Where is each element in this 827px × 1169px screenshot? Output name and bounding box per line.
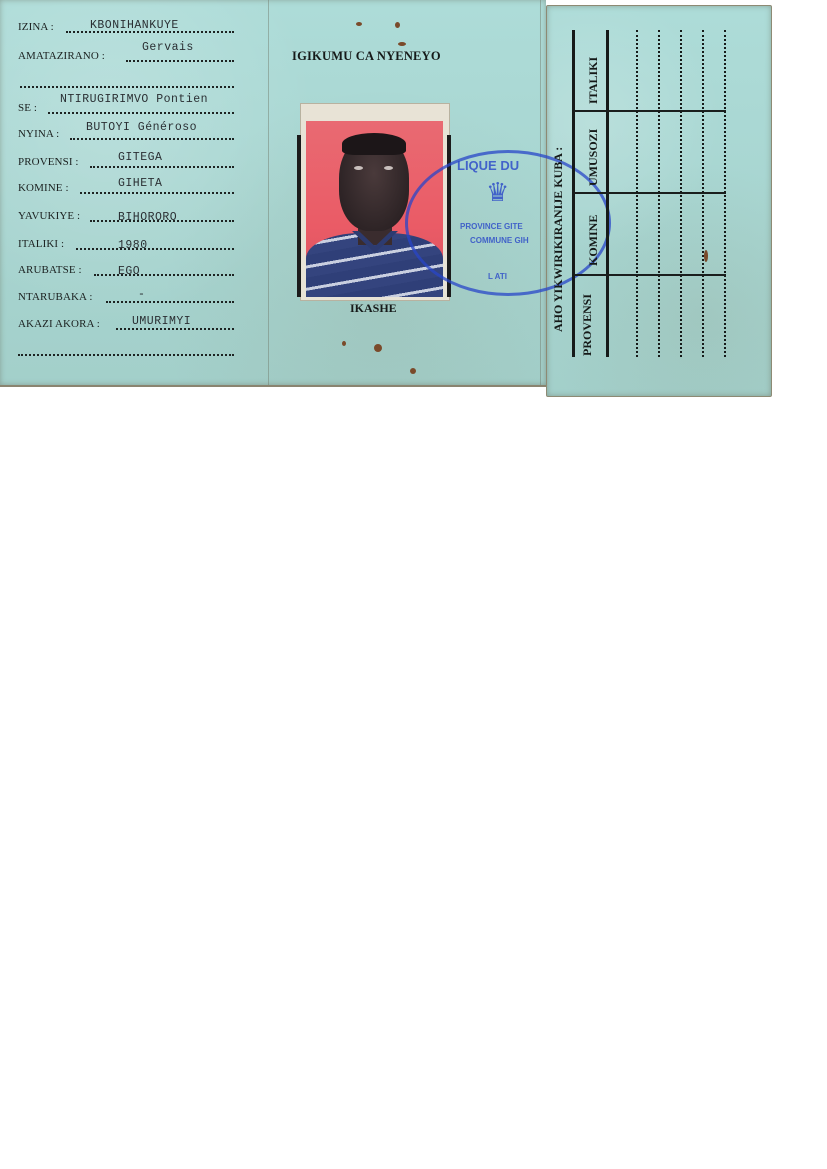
- field-blank: [18, 70, 234, 90]
- field-value: EGO: [118, 265, 140, 278]
- stamp-text: L ATI: [488, 272, 507, 281]
- column-header-italiki: ITALIKI: [586, 57, 601, 104]
- stain: [395, 22, 400, 28]
- dotted-line: [20, 86, 234, 88]
- stamp-text: LIQUE DU: [457, 158, 519, 173]
- field-label: NTARUBAKA :: [18, 291, 92, 303]
- dotted-grid-line: [724, 30, 726, 357]
- field-value: BIHORORO: [118, 211, 177, 224]
- field-italiki: ITALIKI : 1980: [18, 232, 234, 252]
- field-akazi-akora: AKAZI AKORA : UMURIMYI: [18, 312, 234, 332]
- field-izina: IZINA : KBONIHANKUYE: [18, 15, 234, 35]
- dotted-grid-line: [702, 30, 704, 357]
- dotted-line: [94, 274, 234, 276]
- field-arubatse: ARUBATSE : EGO: [18, 258, 234, 278]
- field-blank: [18, 338, 234, 358]
- field-value: -: [138, 288, 145, 301]
- field-label: AKAZI AKORA :: [18, 318, 100, 330]
- field-value: NTIRUGIRIMVO Pontien: [60, 93, 208, 106]
- coat-of-arms-icon: ♛: [486, 178, 509, 208]
- stain: [704, 250, 708, 262]
- stain: [342, 341, 346, 346]
- column-header-komine: KOMINE: [586, 215, 601, 266]
- stamp-text: COMMUNE GIH: [470, 236, 529, 245]
- column-header-umusozi: UMUSOZI: [586, 129, 601, 186]
- field-yavukiye: YAVUKIYE : BIHORORO: [18, 204, 234, 224]
- stain: [398, 42, 406, 46]
- field-komine: KOMINE : GIHETA: [18, 176, 234, 196]
- column-header-provensi: PROVENSI: [580, 294, 595, 356]
- field-label: IZINA :: [18, 21, 54, 33]
- field-label: PROVENSI :: [18, 156, 79, 168]
- field-label: YAVUKIYE :: [18, 210, 80, 222]
- dotted-line: [80, 192, 234, 194]
- field-label: SE :: [18, 102, 37, 114]
- photo-caption: IKASHE: [350, 301, 397, 316]
- stain: [374, 344, 382, 352]
- field-label: ARUBATSE :: [18, 264, 82, 276]
- dotted-line: [18, 354, 234, 356]
- field-value: Gervais: [142, 41, 194, 54]
- field-provensi: PROVENSI : GITEGA: [18, 150, 234, 170]
- dotted-line: [106, 301, 234, 303]
- field-label: AMATAZIRANO :: [18, 50, 105, 62]
- field-nyina: NYINA : BUTOYI Généroso: [18, 122, 234, 142]
- dotted-grid-line: [658, 30, 660, 357]
- field-label: NYINA :: [18, 128, 59, 140]
- identity-card: IZINA : KBONIHANKUYE AMATAZIRANO : Gerva…: [0, 0, 770, 392]
- dotted-grid-line: [636, 30, 638, 357]
- fold-line: [268, 0, 269, 385]
- residence-heading: AHO YIKWIRIKIRANIJE KUBA :: [551, 22, 566, 332]
- eye: [354, 166, 363, 170]
- field-label: ITALIKI :: [18, 238, 64, 250]
- dotted-line: [126, 60, 234, 62]
- stain: [356, 22, 362, 26]
- field-amatazirano: AMATAZIRANO : Gervais: [18, 44, 234, 64]
- eye: [384, 166, 393, 170]
- dotted-line: [116, 328, 234, 330]
- field-value: UMURIMYI: [132, 315, 191, 328]
- dotted-grid-line: [680, 30, 682, 357]
- field-label: KOMINE :: [18, 182, 69, 194]
- field-value: BUTOYI Généroso: [86, 121, 197, 134]
- field-value: KBONIHANKUYE: [90, 19, 179, 32]
- field-value: 1980: [118, 239, 148, 252]
- dotted-line: [90, 166, 234, 168]
- dotted-line: [48, 112, 234, 114]
- dotted-line: [70, 138, 234, 140]
- hair: [342, 133, 406, 155]
- field-value: GIHETA: [118, 177, 162, 190]
- stain: [410, 368, 416, 374]
- stamp-text: PROVINCE GITE: [460, 222, 523, 231]
- field-se: SE : NTIRUGIRIMVO Pontien: [18, 96, 234, 116]
- photo-section-title: IGIKUMU CA NYENEYO: [292, 49, 441, 64]
- field-ntarubaka: NTARUBAKA : -: [18, 285, 234, 305]
- photo-border: [297, 135, 301, 297]
- dotted-line: [76, 248, 234, 250]
- field-value: GITEGA: [118, 151, 162, 164]
